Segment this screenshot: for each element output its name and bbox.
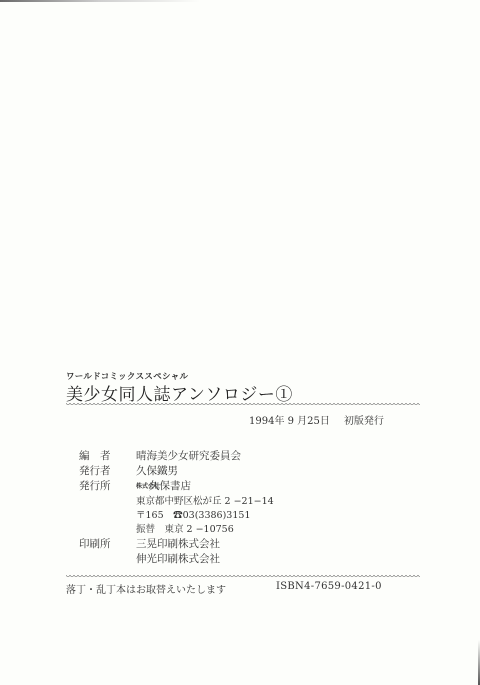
printer-label: 印刷所 [79,536,134,551]
scan-edge-top [0,0,200,2]
isbn: ISBN4-7659-0421-0 [276,581,382,592]
wavy-divider-top [66,403,420,407]
publishing-house-name: 久保書店 [149,480,191,492]
editor-value: 晴海美少女研究委員会 [136,448,241,463]
publication-date: 1994年 9 月25日 [249,416,330,427]
printer-value-1: 三晃印刷株式会社 [136,536,220,551]
publisher-person-label: 発行者 [79,463,134,478]
publication-date-line: 1994年 9 月25日初版発行 [249,412,384,427]
footer-line: 落丁・乱丁本はお取替えいたします ISBN4-7659-0421-0 [66,581,420,596]
transfer-account-value: 振替 東京 2 −10756 [136,521,234,535]
publishing-house-label: 発行所 [79,478,134,493]
wavy-divider-bottom [66,575,420,579]
postal-phone-value: 〒165 ☎03(3386)3151 [136,507,251,521]
replacement-notice: 落丁・乱丁本はお取替えいたします [66,585,226,596]
corporation-seal: 株式会社 [136,484,146,489]
printer-value-2: 伸光印刷株式会社 [136,551,220,566]
editor-label: 編 者 [79,448,134,463]
publisher-person-value: 久保鐵男 [136,463,178,478]
edition-label: 初版発行 [344,416,384,427]
book-title: 美少女同人誌アンソロジー① [66,380,293,405]
publishing-house-value: 株式会社久保書店 [136,478,191,493]
address-value: 東京都中野区松が丘 2 −21−14 [136,493,274,507]
